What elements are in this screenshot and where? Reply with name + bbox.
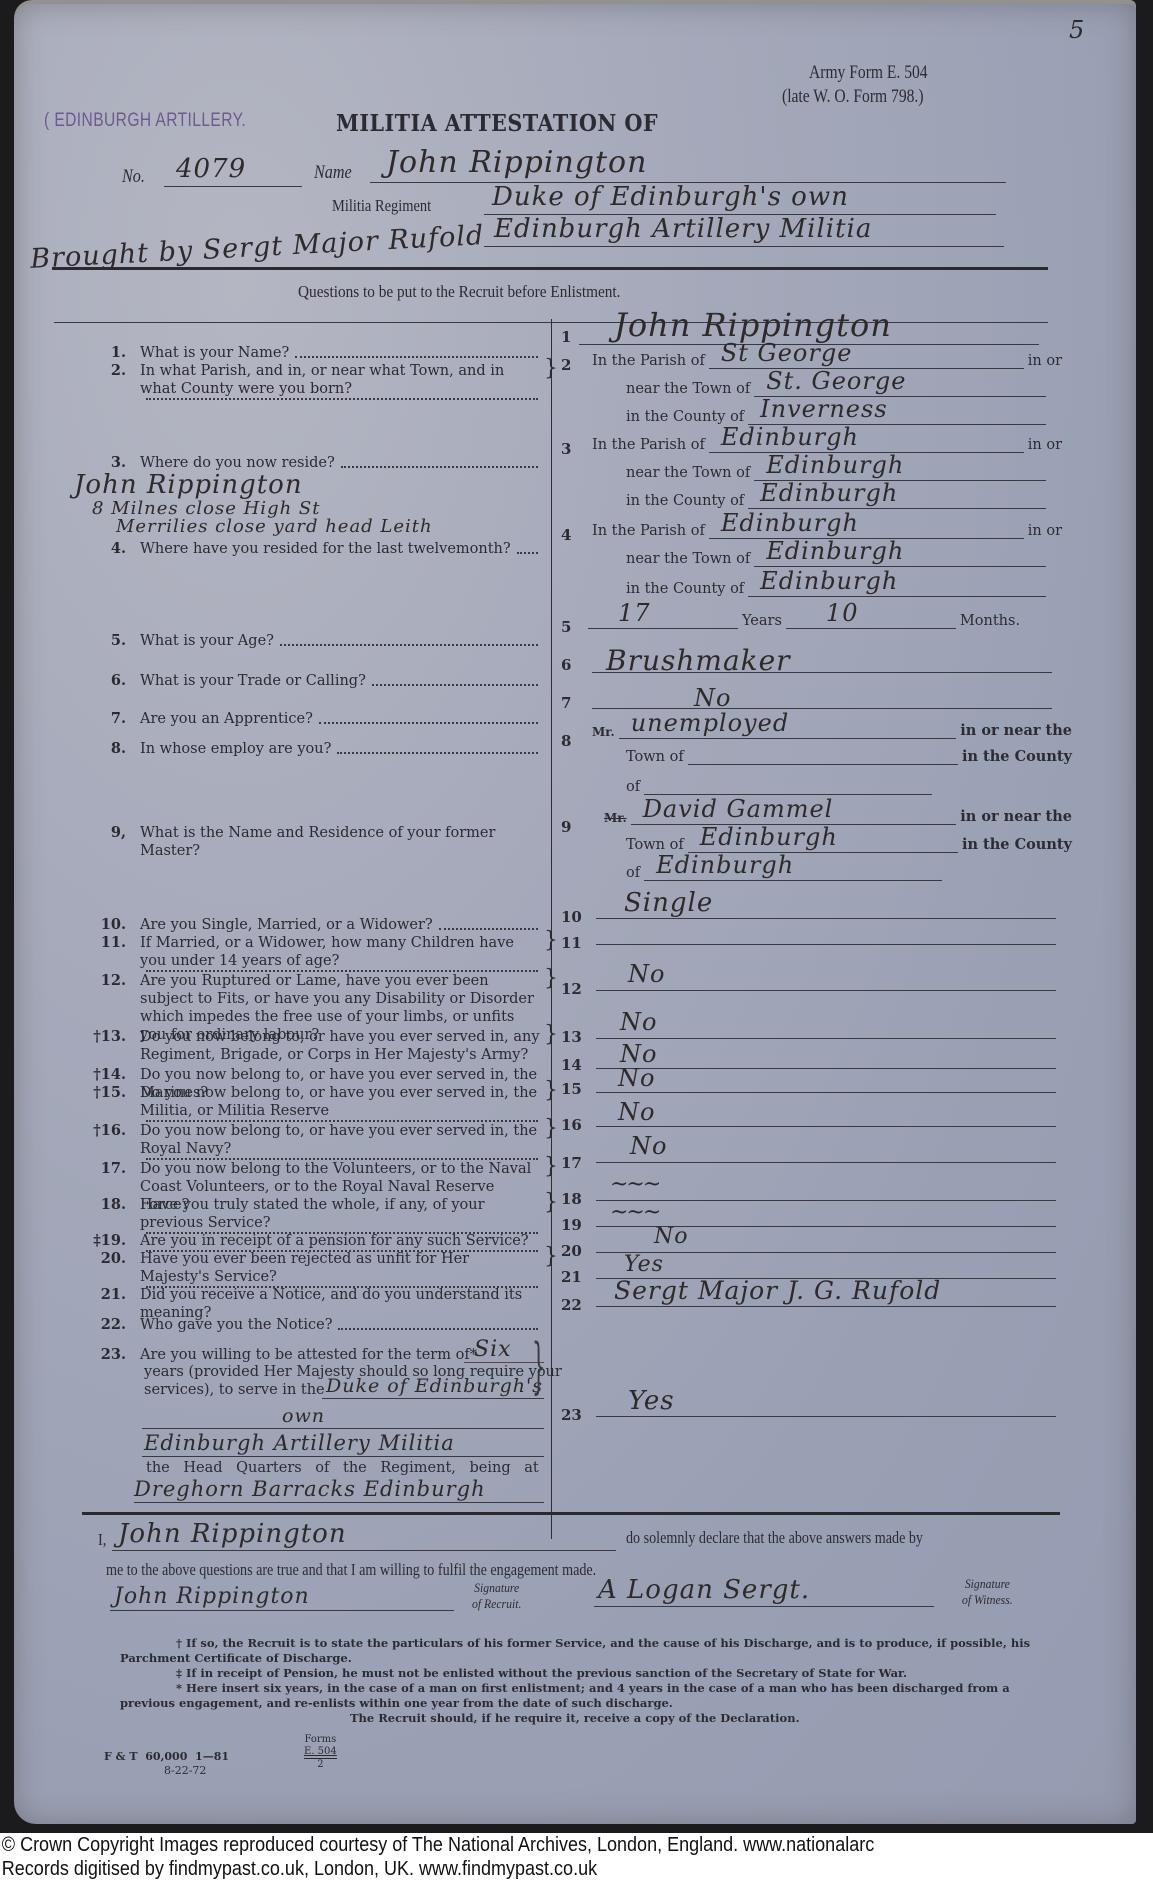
answer-18-dash: ~~~ [610, 1172, 659, 1197]
answer-15: No [618, 1064, 655, 1092]
question-5: 5.What is your Age? [82, 632, 542, 650]
q3-answer-name: John Rippington [74, 470, 303, 500]
page-number: 5 [1069, 16, 1085, 44]
witness-signature: A Logan Sergt. [598, 1575, 810, 1605]
regiment-value-2: Edinburgh Artillery Militia [494, 214, 872, 244]
witness-signature-field: A Logan Sergt. [594, 1574, 934, 1607]
brace-icon: } [544, 360, 558, 378]
question-7: 7.Are you an Apprentice? [82, 710, 542, 728]
question-22: 22.Who gave you the Notice? [82, 1316, 542, 1334]
name-field: John Rippington [370, 144, 1006, 183]
question-8: 8.In whose employ are you? [82, 740, 542, 758]
declaration-text-1: do solemnly declare that the above answe… [626, 1528, 923, 1548]
regiment-value-1: Duke of Edinburgh's own [492, 182, 849, 212]
imprint-code: 8-22-72 [164, 1764, 206, 1777]
answer-6: Brushmaker [606, 644, 791, 677]
answer-22: Sergt Major J. G. Rufold [614, 1276, 941, 1305]
declarant-name-field: John Rippington [112, 1520, 616, 1551]
footnote-copy: The Recruit should, if he require it, re… [350, 1711, 800, 1726]
copyright-line-2: Records digitised by findmypast.co.uk, L… [0, 1857, 1038, 1881]
no-label: No. [122, 166, 145, 188]
answer-7: No [694, 684, 731, 712]
regiment-field-1: Duke of Edinburgh's own [484, 184, 996, 215]
recruit-signature-field: John Rippington [110, 1580, 454, 1611]
question-4: 4.Where have you resided for the last tw… [82, 540, 542, 558]
name-label: Name [314, 162, 352, 184]
imprint-printer: F & T 60,000 1—81 [104, 1750, 229, 1763]
army-form-number: Army Form E. 504 [809, 62, 928, 84]
copyright-bar: © Crown Copyright Images reproduced cour… [0, 1833, 1153, 1893]
recruit-signature-label: Signatureof Recruit. [472, 1580, 521, 1612]
name-value: John Rippington [386, 145, 647, 180]
term-value: Six [474, 1337, 512, 1362]
question-6: 6.What is your Trade or Calling? [82, 672, 542, 690]
attestation-document: 5 Army Form E. 504 (late W. O. Form 798.… [14, 4, 1136, 1824]
question-15: †15.Do you now belong to, or have you ev… [82, 1084, 542, 1126]
footnote-double-dagger: ‡ If in receipt of Pension, he must not … [120, 1666, 1060, 1681]
document-title: MILITIA ATTESTATION OF [336, 110, 658, 137]
imprint-forms: Forms E. 504 2 [304, 1734, 337, 1771]
answer-8-county: of [626, 776, 936, 795]
answer-13: No [620, 1008, 657, 1036]
q3-answer-address-2: Merrilies close yard head Leith [116, 516, 433, 537]
late-form-number: (late W. O. Form 798.) [782, 86, 924, 108]
answer-19-dash: ~~~ [610, 1200, 659, 1225]
question-13: †13.Do you now belong to, or have you ev… [82, 1028, 542, 1064]
declaration-text-2: me to the above questions are true and t… [106, 1560, 596, 1580]
answer-8-town: Town ofin the County [626, 746, 1072, 765]
question-16: †16.Do you now belong to, or have you ev… [82, 1122, 542, 1164]
answer-4-town: near the Town ofEdinburgh [626, 548, 1050, 567]
answer-9-county: ofEdinburgh [626, 862, 946, 881]
regiment-stamp: ( EDINBURGH ARTILLERY. [44, 110, 246, 132]
answer-23: Yes [628, 1386, 675, 1416]
questions-heading: Questions to be put to the Recruit befor… [298, 282, 621, 302]
answer-10: Single [624, 888, 713, 918]
hq-text: the Head Quarters of the Regiment, being… [146, 1460, 542, 1476]
answer-17: No [630, 1132, 667, 1160]
answer-8-employer: Mr.unemployedin or near the [592, 720, 1072, 739]
question-2: 2.In what Parish, and in, or near what T… [82, 362, 542, 404]
declaration-i: I, [98, 1530, 106, 1550]
footnote-star: * Here insert six years, in the case of … [120, 1681, 1060, 1711]
witness-signature-label: Signatureof Witness. [962, 1576, 1013, 1608]
no-field: 4079 [164, 152, 302, 187]
answer-16: No [618, 1098, 655, 1126]
answer-12: No [628, 960, 665, 988]
recruit-signature: John Rippington [114, 1584, 310, 1609]
answer-11-line [596, 944, 1056, 945]
footnote-dagger: † If so, the Recruit is to state the par… [120, 1636, 1060, 1666]
answer-21: Yes [624, 1252, 664, 1277]
answer-9-master: Mr.David Gammelin or near the [604, 806, 1072, 825]
copyright-line-1: © Crown Copyright Images reproduced cour… [0, 1833, 1038, 1857]
serve-in-field-2: own [142, 1408, 544, 1429]
header-divider [52, 267, 1048, 270]
serve-in-field-1: Duke of Edinburgh's [322, 1378, 544, 1399]
serve-in-field-3: Edinburgh Artillery Militia [142, 1434, 544, 1457]
q23-text-b: services), to serve in the [144, 1382, 325, 1398]
brace-icon: } [532, 1336, 545, 1396]
answer-4-county: in the County ofEdinburgh [626, 578, 1050, 597]
regiment-label: Militia Regiment [332, 196, 431, 216]
question-1: 1.What is your Name? [82, 344, 542, 362]
no-value: 4079 [176, 154, 246, 184]
answer-3-county: in the County ofEdinburgh [626, 490, 1050, 509]
answer-5-age: 17 Years 10 Months. [584, 610, 1054, 629]
question-10: 10.Are you Single, Married, or a Widower… [82, 916, 542, 934]
answer-20: No [654, 1224, 689, 1249]
hq-field: Dreghorn Barracks Edinburgh [134, 1478, 544, 1503]
declaration-divider [82, 1512, 1060, 1515]
regiment-field-2: Edinburgh Artillery Militia [484, 216, 1004, 247]
question-9: 9,What is the Name and Residence of your… [82, 824, 542, 860]
question-11: 11.If Married, or a Widower, how many Ch… [82, 934, 542, 976]
